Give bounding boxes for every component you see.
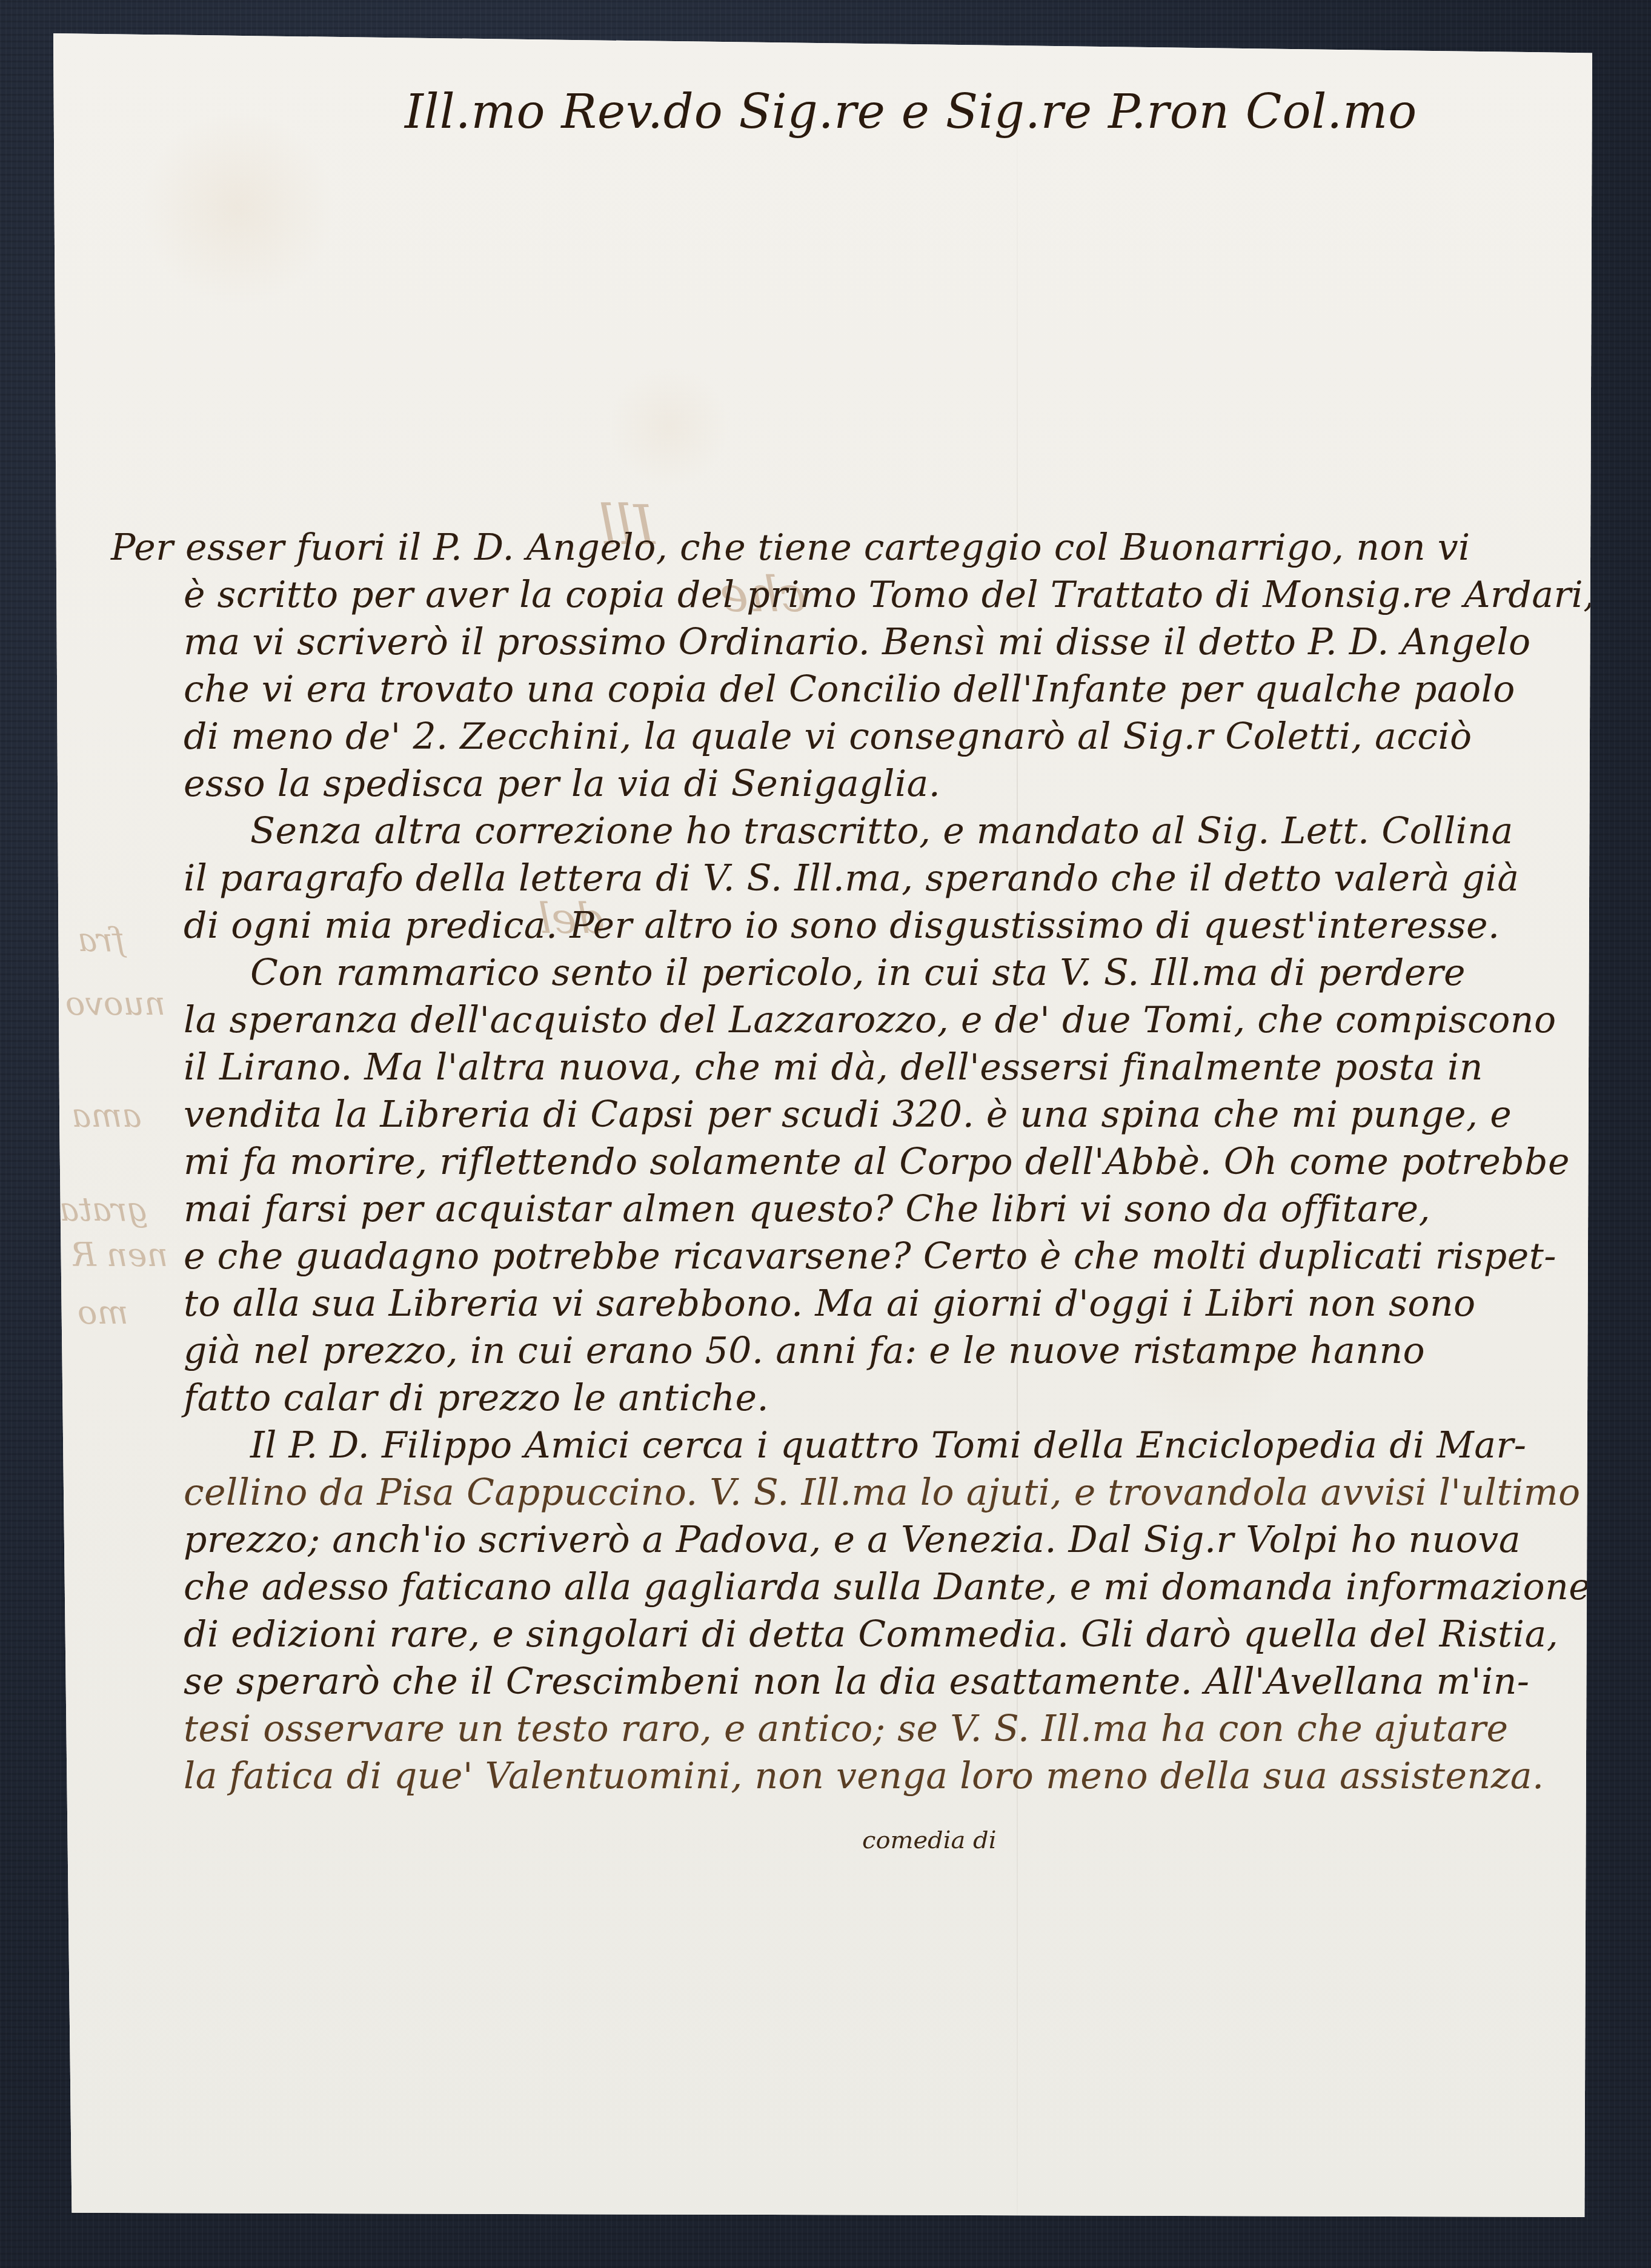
body-line: tesi osservare un testo raro, e antico; …	[111, 1705, 1577, 1752]
body-line: vendita la Libreria di Capsi per scudi 3…	[111, 1091, 1577, 1138]
body-line: il Lirano. Ma l'altra nuova, che mi dà, …	[111, 1044, 1577, 1091]
body-line: Il P. D. Filippo Amici cerca i quattro T…	[111, 1422, 1577, 1469]
body-line: ma vi scriverò il prossimo Ordinario. Be…	[111, 618, 1577, 666]
letter-body: Per esser fuori il P. D. Angelo, che tie…	[111, 524, 1577, 1800]
body-line: già nel prezzo, in cui erano 50. anni fa…	[111, 1327, 1577, 1374]
body-line: esso la spedisca per la via di Senigagli…	[111, 760, 1577, 807]
body-line: mi fa morire, riflettendo solamente al C…	[111, 1138, 1577, 1185]
body-line: fatto calar di prezzo le antiche.	[111, 1374, 1577, 1422]
body-line: di ogni mia predica. Per altro io sono d…	[111, 902, 1577, 949]
body-line: è scritto per aver la copia del primo To…	[111, 571, 1577, 618]
body-line: che vi era trovato una copia del Concili…	[111, 666, 1577, 713]
body-line: cellino da Pisa Cappuccino. V. S. Ill.ma…	[111, 1469, 1577, 1516]
body-line: Con rammarico sento il pericolo, in cui …	[111, 949, 1577, 996]
letter-sheet: fra nuovo ama grata nen R mo Ill che del…	[53, 33, 1592, 2217]
body-line: il paragrafo della lettera di V. S. Ill.…	[111, 855, 1577, 902]
letter-salutation: Ill.mo Rev.do Sig.re e Sig.re P.ron Col.…	[405, 85, 1417, 139]
body-line: e che guadagno potrebbe ricavarsene? Cer…	[111, 1233, 1577, 1280]
interlinear-insertion: comedia di	[862, 1826, 996, 1854]
body-line: di edizioni rare, e singolari di detta C…	[111, 1611, 1577, 1658]
body-line: mai farsi per acquistar almen questo? Ch…	[111, 1185, 1577, 1233]
body-line: la fatica di que' Valentuomini, non veng…	[111, 1752, 1577, 1800]
body-line: di meno de' 2. Zecchini, la quale vi con…	[111, 713, 1577, 760]
body-line: to alla sua Libreria vi sarebbono. Ma ai…	[111, 1280, 1577, 1327]
body-line: prezzo; anch'io scriverò a Padova, e a V…	[111, 1516, 1577, 1563]
body-line: Per esser fuori il P. D. Angelo, che tie…	[111, 524, 1577, 571]
body-line: la speranza dell'acquisto del Lazzarozzo…	[111, 996, 1577, 1044]
body-line: che adesso faticano alla gagliarda sulla…	[111, 1563, 1577, 1611]
body-line: se sperarò che il Crescimbeni non la dia…	[111, 1658, 1577, 1705]
body-line: Senza altra correzione ho trascritto, e …	[111, 807, 1577, 855]
